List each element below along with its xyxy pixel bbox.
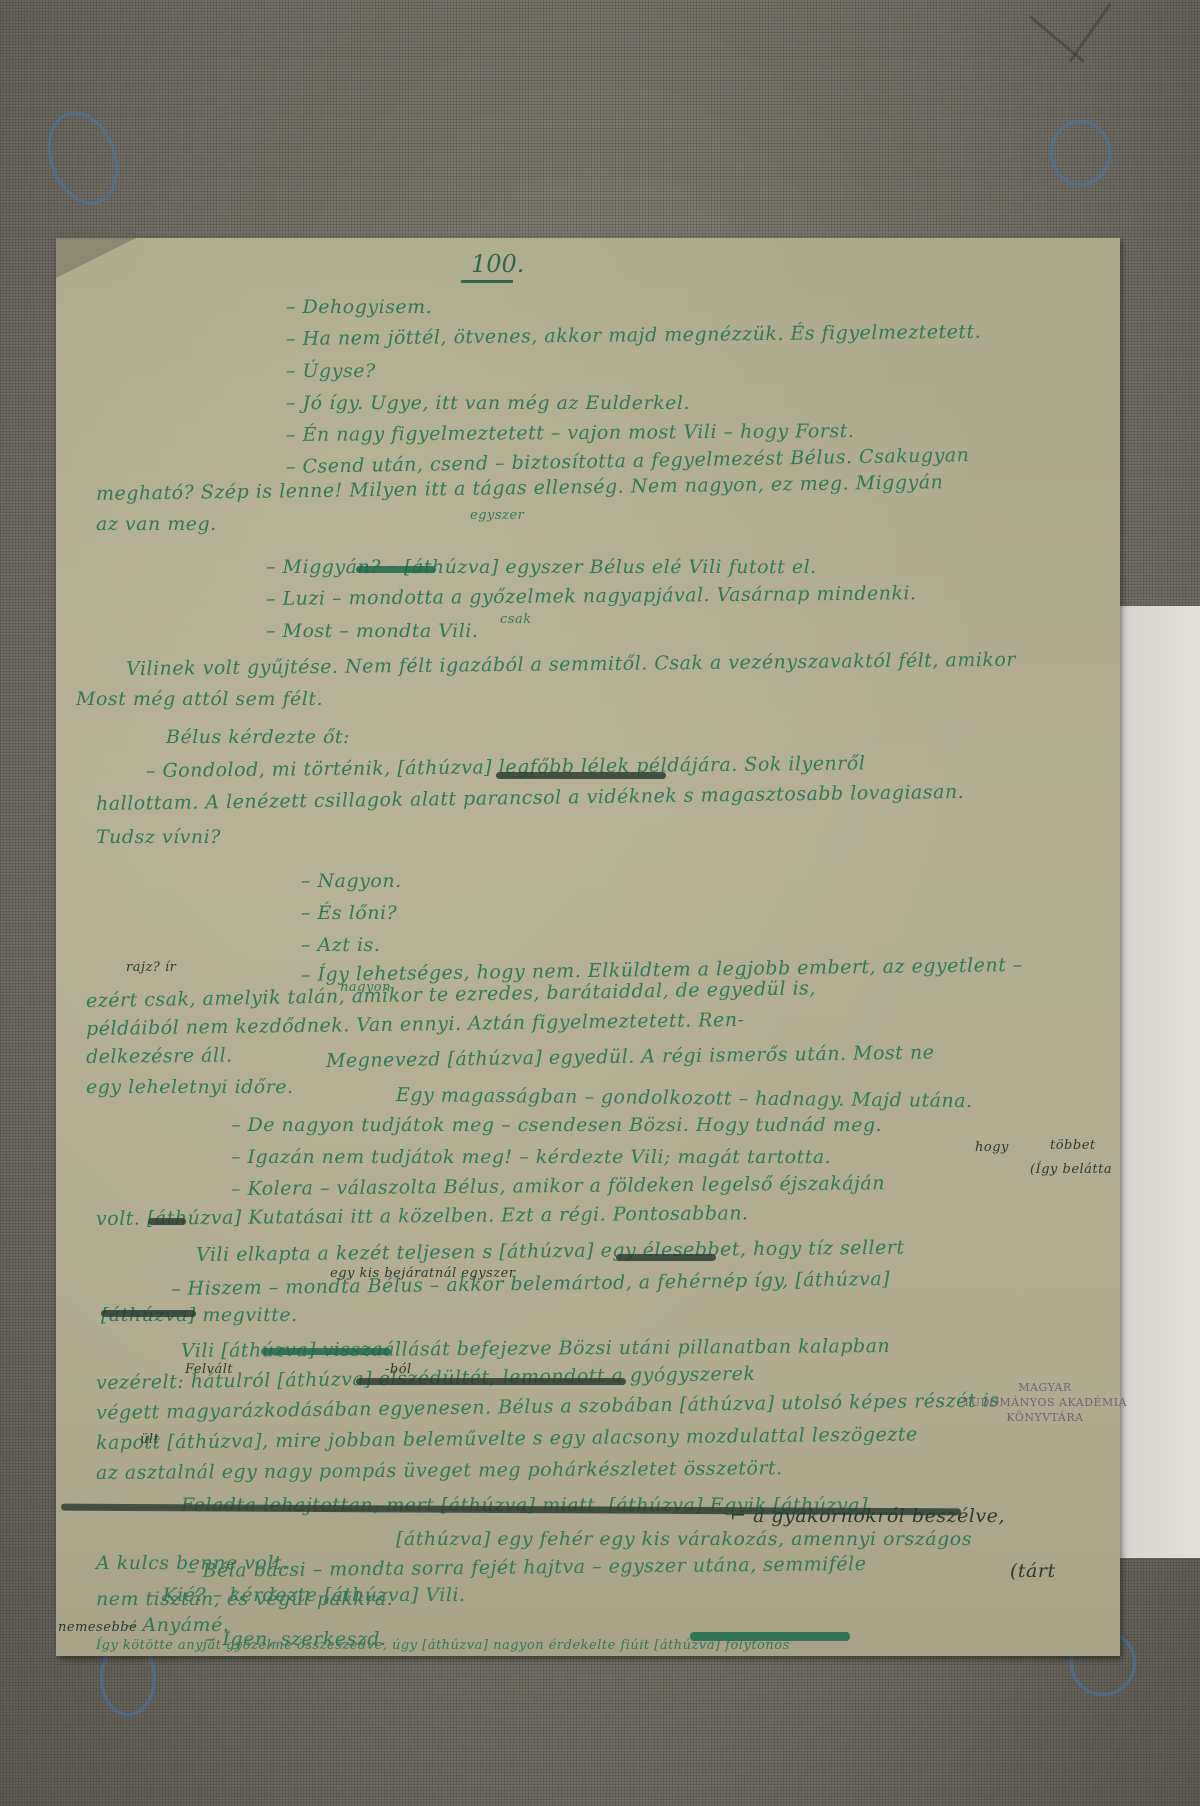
manuscript-line: [áthúzva] egy fehér egy kis várakozás, a…: [396, 1528, 972, 1550]
manuscript-line: – Azt is.: [301, 934, 380, 956]
manuscript-line: Vili elkapta a kezét teljesen s [áthúzva…: [196, 1237, 905, 1266]
manuscript-line: – Luzi – mondotta a győzelmek nagyapjáva…: [266, 582, 917, 610]
page-number-underline: [461, 280, 513, 283]
margin-note: hogy: [975, 1140, 1009, 1155]
manuscript-line: – Én nagy figyelmeztetett – vajon most V…: [286, 420, 854, 446]
blue-crayon-mark-top-left: [36, 102, 131, 215]
margin-note: többet: [1050, 1138, 1096, 1153]
manuscript-line: – És lőni?: [301, 902, 397, 924]
strikethrough: [101, 1310, 196, 1317]
manuscript-line: – De nagyon tudjátok meg – csendesen Böz…: [231, 1114, 882, 1136]
blue-crayon-mark-top-right: [1050, 120, 1111, 186]
manuscript-line: egy leheletnyi időre.: [86, 1076, 294, 1098]
manuscript-line: – Hiszem – mondta Bélus – akkor belemárt…: [171, 1268, 890, 1300]
manuscript-line: Így kötötte anyját győzelme összeszedve,…: [96, 1638, 790, 1653]
manuscript-line: volt. [áthúzva] Kutatásai itt a közelben…: [96, 1202, 749, 1230]
strikethrough: [148, 1218, 186, 1225]
strikethrough: [356, 1378, 626, 1385]
stamp-line: TUDOMÁNYOS AKADÉMIA: [960, 1395, 1130, 1410]
manuscript-line: A kulcs benne volt.: [96, 1552, 289, 1574]
manuscript-line: példáiból nem kezdődnek. Van ennyi. Aztá…: [86, 1009, 745, 1040]
margin-note: ült: [140, 1432, 159, 1447]
manuscript-line: – Dehogyisem.: [286, 296, 432, 318]
manuscript-line: – Anyámé.: [126, 1614, 229, 1636]
white-backing-card: [1118, 606, 1200, 1558]
margin-note: Felvált: [185, 1362, 233, 1377]
manuscript-line: Egy magasságban – gondolkozott – hadnagy…: [396, 1084, 973, 1112]
strikethrough: [356, 566, 436, 573]
manuscript-line: Most még attól sem félt.: [76, 688, 323, 710]
manuscript-line: az van meg.: [96, 513, 217, 535]
pencil-mark-top-right-2: [1029, 15, 1085, 62]
manuscript-line: megható? Szép is lenne! Milyen itt a tág…: [96, 471, 944, 505]
manuscript-line: – Ha nem jöttél, ötvenes, akkor majd meg…: [286, 321, 982, 350]
page-number: 100.: [471, 250, 524, 278]
strikethrough: [496, 772, 666, 779]
manuscript-line: – Jó így. Ugye, itt van még az Eulderkel…: [286, 392, 690, 414]
manuscript-line: – Kié? – kérdezte [áthúzva] Vili.: [146, 1584, 466, 1606]
margin-note: csak: [500, 612, 532, 627]
manuscript-line: végett magyarázkodásában egyenesen. Bélu…: [96, 1389, 1000, 1424]
strikethrough: [261, 1348, 391, 1355]
margin-note: egy kis bejáratnál egyszer: [330, 1266, 516, 1281]
manuscript-line: – Nagyon.: [301, 870, 402, 892]
folded-corner: [56, 238, 136, 278]
margin-note: nagyon: [340, 980, 391, 995]
strikethrough: [616, 1254, 716, 1261]
manuscript-line: az asztalnál egy nagy pompás üveget meg …: [96, 1457, 783, 1484]
stamp-line: MAGYAR: [960, 1380, 1130, 1395]
margin-note: ⌐ a gyakornokról beszélve,: [730, 1505, 1005, 1527]
manuscript-line: Bélus kérdezte őt:: [166, 726, 350, 748]
library-stamp: MAGYAR TUDOMÁNYOS AKADÉMIA KÖNYVTÁRA: [960, 1380, 1130, 1425]
margin-note: (Így belátta: [1030, 1162, 1112, 1177]
manuscript-line: Tudsz vívni?: [96, 826, 221, 848]
strikethrough: [690, 1632, 850, 1641]
margin-note: egyszer: [470, 508, 524, 523]
margin-note: nemesebbé: [58, 1620, 137, 1635]
manuscript-line: – Úgyse?: [286, 360, 376, 382]
manuscript-line: – Most – mondta Vili.: [266, 620, 478, 642]
manuscript-line: kapott [áthúzva], mire jobban beleművelt…: [96, 1423, 918, 1454]
margin-note: (tárt: [1010, 1560, 1056, 1582]
margin-note: -ból: [385, 1362, 412, 1377]
stamp-line: KÖNYVTÁRA: [960, 1410, 1130, 1425]
manuscript-line: – Kolera – válaszolta Bélus, amikor a fö…: [231, 1172, 885, 1200]
manuscript-line: – Igazán nem tudjátok meg! – kérdezte Vi…: [231, 1146, 831, 1168]
manuscript-page: 100. – Dehogyisem. – Ha nem jöttél, ötve…: [56, 238, 1120, 1656]
manuscript-line: hallottam. A lenézett csillagok alatt pa…: [96, 781, 964, 815]
manuscript-line: – Miggyán? – [áthúzva] egyszer Bélus elé…: [266, 556, 817, 578]
manuscript-line: delkezésre áll.: [86, 1044, 233, 1068]
manuscript-line: Megnevezd [áthúzva] egyedül. A régi isme…: [326, 1042, 935, 1072]
margin-note: rajz? ír: [126, 960, 176, 975]
manuscript-line: Vilinek volt gyűjtése. Nem félt igazából…: [126, 649, 1016, 680]
